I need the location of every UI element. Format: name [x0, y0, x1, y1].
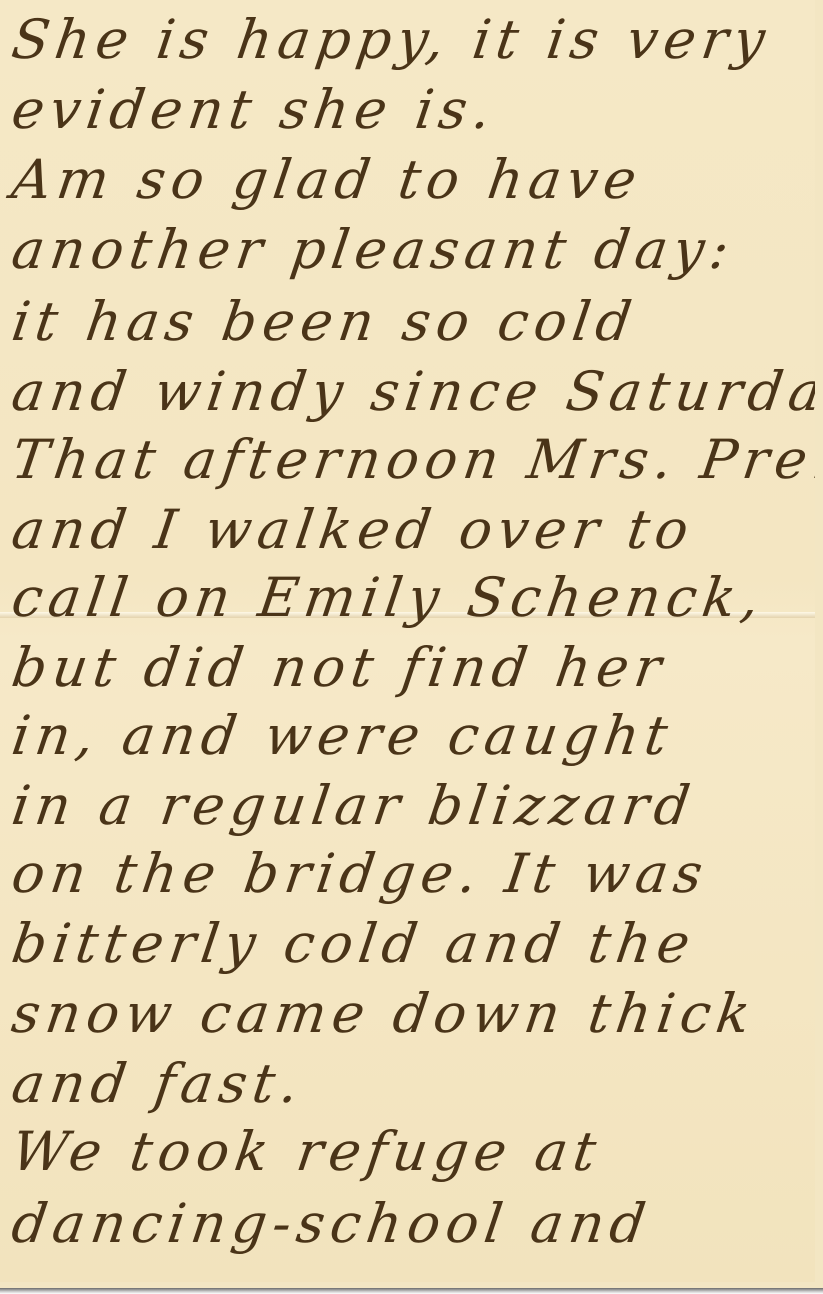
handwritten-line-2: evident she is. — [8, 78, 501, 141]
handwritten-line-8: and I walked over to — [8, 498, 698, 561]
handwritten-line-13: on the bridge. It was — [8, 842, 712, 905]
handwritten-line-9: call on Emily Schenck, — [8, 566, 769, 629]
handwritten-line-18: dancing-school and — [8, 1192, 655, 1255]
handwritten-line-15: snow came down thick — [8, 982, 760, 1045]
handwritten-line-6: and windy since Saturday. — [8, 360, 815, 423]
handwritten-line-10: but did not find her — [8, 636, 671, 699]
handwritten-line-1: She is happy, it is very — [8, 8, 775, 71]
handwritten-line-17: We took refuge at — [8, 1120, 606, 1183]
handwritten-line-11: in, and were caught — [8, 704, 677, 767]
handwritten-line-12: in a regular blizzard — [8, 774, 700, 837]
handwritten-line-4: another pleasant day: — [8, 218, 739, 281]
handwritten-line-5: it has been so cold — [8, 290, 641, 353]
handwritten-line-3: Am so glad to have — [8, 148, 646, 211]
handwritten-line-7: That afternoon Mrs. Prentiss — [8, 428, 815, 491]
handwritten-line-14: bitterly cold and the — [8, 912, 700, 975]
letter-page: She is happy, it is very evident she is.… — [0, 0, 815, 1282]
handwritten-line-16: and fast. — [8, 1052, 308, 1115]
